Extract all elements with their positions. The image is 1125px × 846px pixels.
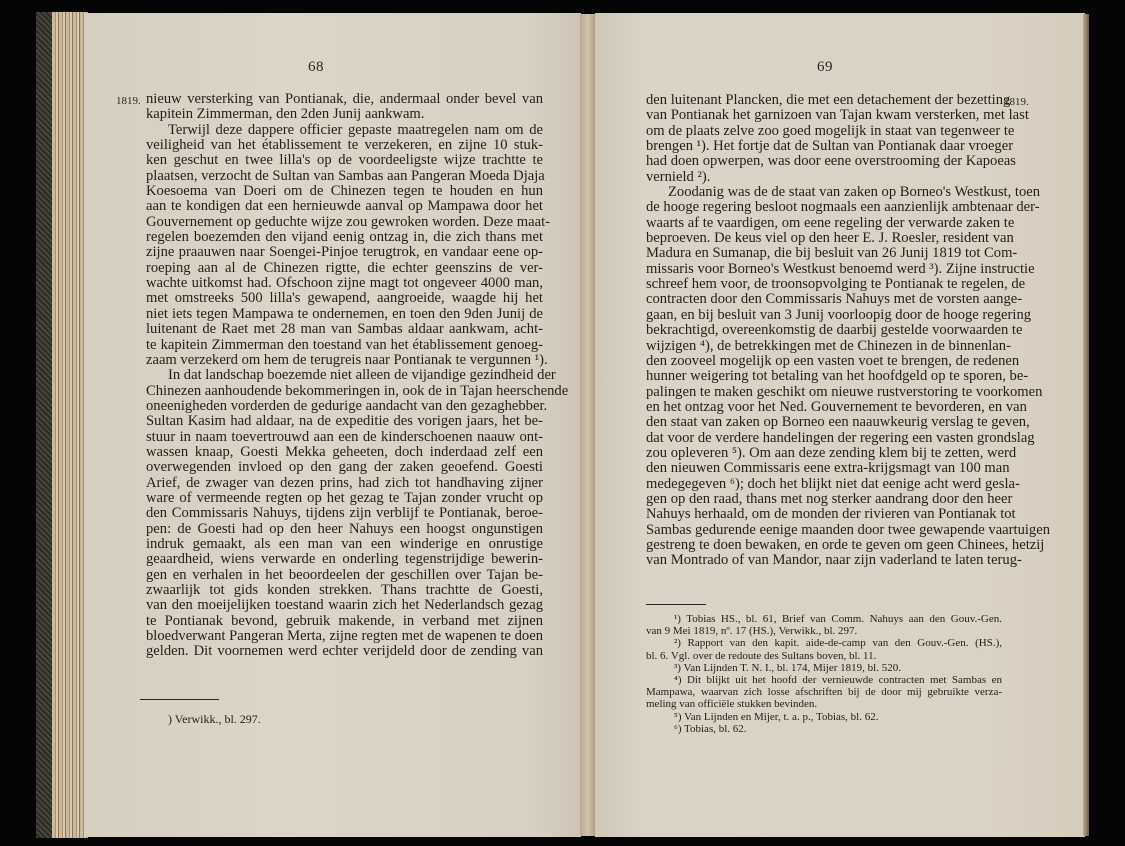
text-line: oneenigheden vorderden de gedurige aanda… [146,399,543,414]
text-line: beproeven. De keus viel op den heer E. J… [646,231,1002,246]
text-line: overwegenden invloed op den gang der zak… [146,460,543,475]
text-line: stuur in naam toevertrouwd aan een de ki… [146,430,543,445]
footnote-line: ⁵) Van Lijnden en Mijer, t. a. p., Tobia… [646,711,1002,723]
text-line: wassen knaap, Goesti Mekka geheeten, doc… [146,445,543,460]
text-line: contracten door den Commissaris Nahuys m… [646,292,1002,307]
text-line: gelden. Dit voornemen werd echter verijd… [146,644,543,659]
text-line: Arief, de zwager van dezen prins, had zi… [146,476,543,491]
text-line: vernield ²). [646,170,1002,185]
text-line: Gouvernement op geduchte wijze zou gewro… [146,215,543,230]
text-line: wachte uitkomst had. Ofschoon zijne magt… [146,276,543,291]
text-line: dat voor de verdere handelingen der rege… [646,431,1002,446]
text-line: de hooge regering besloot nogmaals een a… [646,200,1002,215]
text-line: den luitenant Plancken, die met een deta… [646,93,1002,108]
text-line: In dat landschap boezemde niet alleen de… [146,368,543,383]
text-line: Sambas gedurende eenige maanden door twe… [646,523,1002,538]
text-line: plaatsen, verzocht de Sultan van Sambas … [146,169,543,184]
book-gutter [580,14,596,836]
text-line: Terwijl deze dappere officier gepaste ma… [146,123,543,138]
text-line: schreef hem voor, de troonsopvolging te … [646,277,1002,292]
footnote-line: meling van officiële stukken bevinden. [646,698,1002,710]
text-line: Madura en Sumanap, die bij besluit van 2… [646,246,1002,261]
text-line: gestreng te doen bewaken, en orde te gev… [646,538,1002,553]
text-line: wijzigen ⁴), de betrekkingen met de Chin… [646,339,1002,354]
text-line: bloedverwant Pangeran Merta, zijne regte… [146,629,543,644]
text-line: en het ontzag voor het Ned. Gouvernement… [646,400,1002,415]
text-line: met omstreeks 500 lilla's gewapend, aang… [146,291,543,306]
text-line: te Pontianak bevond, gebruik makende, in… [146,614,543,629]
text-line: geaardheid, wiens verwarde en onderling … [146,552,543,567]
text-line: zijne praauwen naar Soengei-Pinjoe terug… [146,245,543,260]
text-line: medegegeven ⁶); doch het blijkt niet dat… [646,477,1002,492]
text-line: den nieuwen Commissaris eene extra-krijg… [646,461,1002,476]
text-line: gaan, en bij besluit van 3 Junij voorloo… [646,308,1002,323]
text-line: Sultan Kasim had aldaar, na de expeditie… [146,414,543,429]
body-text: den luitenant Plancken, die met een deta… [646,93,1002,569]
footnote-rule [140,699,219,700]
footnotes: ¹) Tobias HS., bl. 61, Brief van Comm. N… [646,613,1002,735]
footnotes: ) Verwikk., bl. 297. [140,713,440,725]
body-text: nieuw versterking van Pontianak, die, an… [146,92,543,660]
margin-year: 1819. [116,95,141,107]
text-line: ware of vermeende regten op het gezag te… [146,491,543,506]
text-line: Nahuys herhaald, om de monden der rivier… [646,507,1002,522]
text-line: Koesoema van Doeri om de Chinezen tegen … [146,184,543,199]
text-line: brengen ¹). Het fortje dat de Sultan van… [646,139,1002,154]
text-line: Zoodanig was de de staat van zaken op Bo… [646,185,1002,200]
text-line: te kapitein Zimmerman den toestand van h… [146,338,543,353]
text-line: gen op den raad, thans met nog sterker a… [646,492,1002,507]
text-line: ken geschut en twee lilla's op de voorde… [146,153,543,168]
left-page: 68 1819. nieuw versterking van Pontianak… [84,13,581,837]
footnote-line: ¹) Tobias HS., bl. 61, Brief van Comm. N… [646,613,1002,625]
footnote-line: ²) Rapport van den kapit. aide-de-camp v… [646,637,1002,649]
text-line: nieuw versterking van Pontianak, die, an… [146,92,543,107]
text-line: gen en verhalen in het beoordeelen der g… [146,568,543,583]
footnote-line: Mampawa, waarvan zich losse afschriften … [646,686,1002,698]
text-line: regelen boezemden den vijand eenig ontza… [146,230,543,245]
text-line: zaam verzekerd om hem de terugreis naar … [146,353,543,368]
text-line: bekrachtigd, overeenkomstig de daarbij g… [646,323,1002,338]
text-line: zou opleveren ⁵). Om aan deze zending kl… [646,446,1002,461]
footnote-line: bl. 6. Vgl. over de redoute des Sultans … [646,650,1002,662]
footnote-line: ) Verwikk., bl. 297. [140,713,440,725]
text-line: pen: de Goesti had op den heer Nahuys ee… [146,522,543,537]
footnote-line: ⁶) Tobias, bl. 62. [646,723,1002,735]
text-line: den Commissaris Nahuys, tijdens zijn ver… [146,506,543,521]
text-line: missaris voor Borneo's Westkust benoemd … [646,262,1002,277]
footnote-line: ³) Van Lijnden T. N. I., bl. 174, Mijer … [646,662,1002,674]
text-line: zwaarlijk tot gids konden strekken. Than… [146,583,543,598]
right-page: 69 1819. den luitenant Plancken, die met… [595,13,1085,837]
text-line: den zooveel mogelijk op een vasten voet … [646,354,1002,369]
text-line: luitenant de Raet met 28 man van Sambas … [146,322,543,337]
text-line: waarts af te vaardigen, om eene regeling… [646,216,1002,231]
text-line: van Pontianak het garnizoen van Tajan kw… [646,108,1002,123]
text-line: palingen te maken geschikt om nieuwe rus… [646,385,1002,400]
page-edge-right [1083,14,1089,836]
page-number: 69 [817,59,833,76]
page-number: 68 [308,59,324,76]
text-line: hunner weigering tot betaling van het ho… [646,369,1002,384]
text-line: om de plaats zelve zoo goed mogelijk in … [646,124,1002,139]
text-line: roeping aan al de Chinezen rigtte, die e… [146,261,543,276]
text-line: van den moeijelijken toestand waarin zic… [146,598,543,613]
footnote-line: ⁴) Dit blijkt uit het hoofd der vernieuw… [646,674,1002,686]
text-line: van Montrado of van Mandor, naar zijn va… [646,553,1002,568]
page-edges [52,12,88,838]
text-line: kapitein Zimmerman, den 2den Junij aankw… [146,107,543,122]
text-line: Chinezen aanhoudende bekommeringen in, o… [146,384,543,399]
footnote-rule [646,604,706,605]
text-line: aan te kondigen dat een hernieuwde aanva… [146,199,543,214]
text-line: den staat van zaken op Borneo een naauwk… [646,415,1002,430]
text-line: veiligheid van het établissement te verz… [146,138,543,153]
text-line: had doen opwerpen, was door eene overstr… [646,154,1002,169]
text-line: indruk gemaakt, als een man van een wind… [146,537,543,552]
text-line: niet iets tegen Mampawa te ondernemen, e… [146,307,543,322]
footnote-line: van 9 Mei 1819, nº. 17 (HS.), Verwikk., … [646,625,1002,637]
